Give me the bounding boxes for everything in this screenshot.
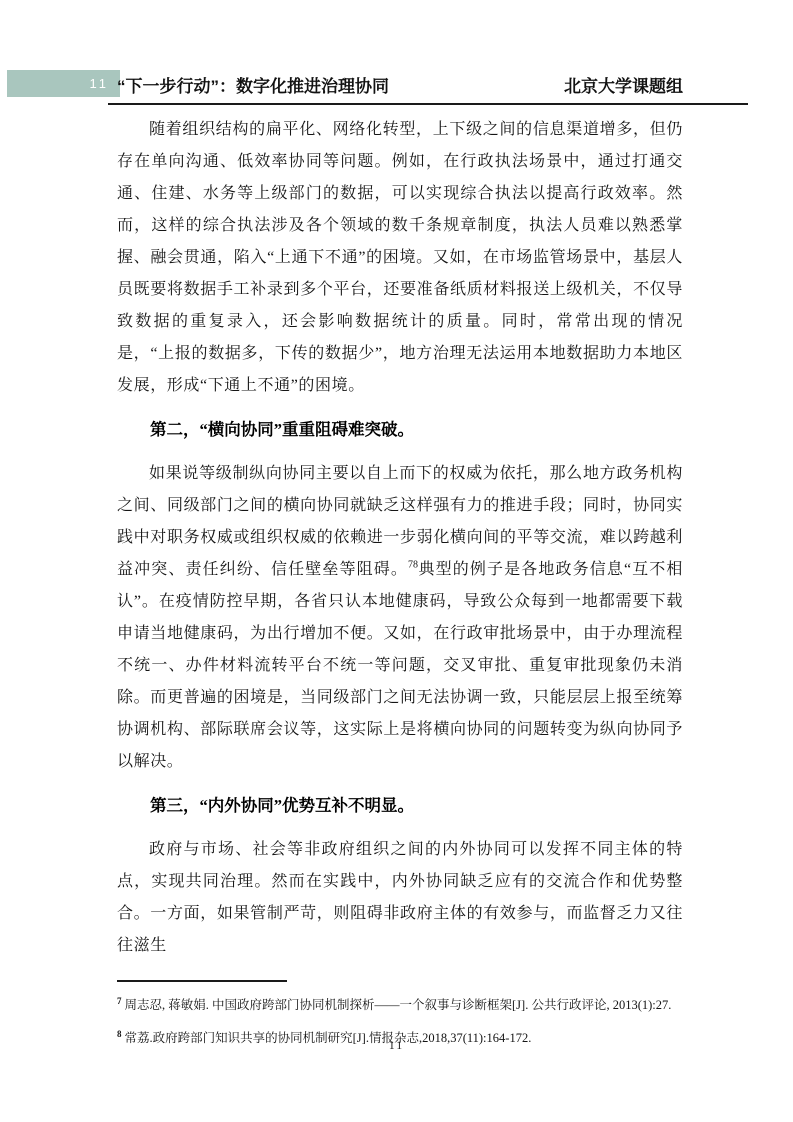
paragraph-text-after-footnote: 典型的例子是各地政务信息“互不相认”。在疫情防控早期，各省只认本地健康码，导致公… — [117, 561, 683, 770]
section-heading-internal-external: 第三，“内外协同”优势互补不明显。 — [117, 790, 683, 822]
header-title: “下一步行动”：数字化推进治理协同 — [117, 72, 389, 97]
header-affiliation: 北京大学课题组 — [564, 72, 683, 97]
document-body: 随着组织结构的扁平化、网络化转型，上下级之间的信息渠道增多，但仍存在单向沟通、低… — [117, 114, 683, 1056]
section-heading-horizontal: 第二，“横向协同”重重阻碍难突破。 — [117, 414, 683, 446]
document-page: 11 “下一步行动”：数字化推进治理协同 北京大学课题组 随着组织结构的扁平化、… — [0, 0, 793, 1122]
footnote-7: 7周志忍, 蒋敏娟. 中国政府跨部门协同机制探析——一个叙事与诊断框架[J]. … — [117, 990, 683, 1017]
header-rule — [108, 103, 748, 105]
paragraph-horizontal-coordination: 如果说等级制纵向协同主要以自上而下的权威为依托，那么地方政务机构之间、同级部门之… — [117, 458, 683, 778]
paragraph-internal-external-coordination: 政府与市场、社会等非政府组织之间的内外协同可以发挥不同主体的特点，实现共同治理。… — [117, 834, 683, 962]
page-number-bottom: 11 — [0, 1038, 793, 1053]
footnote-marks-78: 78 — [408, 560, 418, 571]
page-header: “下一步行动”：数字化推进治理协同 北京大学课题组 — [117, 72, 683, 97]
page-number-band: 11 — [7, 70, 120, 97]
paragraph-vertical-coordination: 随着组织结构的扁平化、网络化转型，上下级之间的信息渠道增多，但仍存在单向沟通、低… — [117, 114, 683, 402]
footnote-7-text: 周志忍, 蒋敏娟. 中国政府跨部门协同机制探析——一个叙事与诊断框架[J]. 公… — [125, 998, 672, 1012]
footnote-7-marker: 7 — [117, 996, 122, 1006]
footnote-separator — [117, 980, 287, 982]
page-number-top: 11 — [90, 76, 110, 91]
